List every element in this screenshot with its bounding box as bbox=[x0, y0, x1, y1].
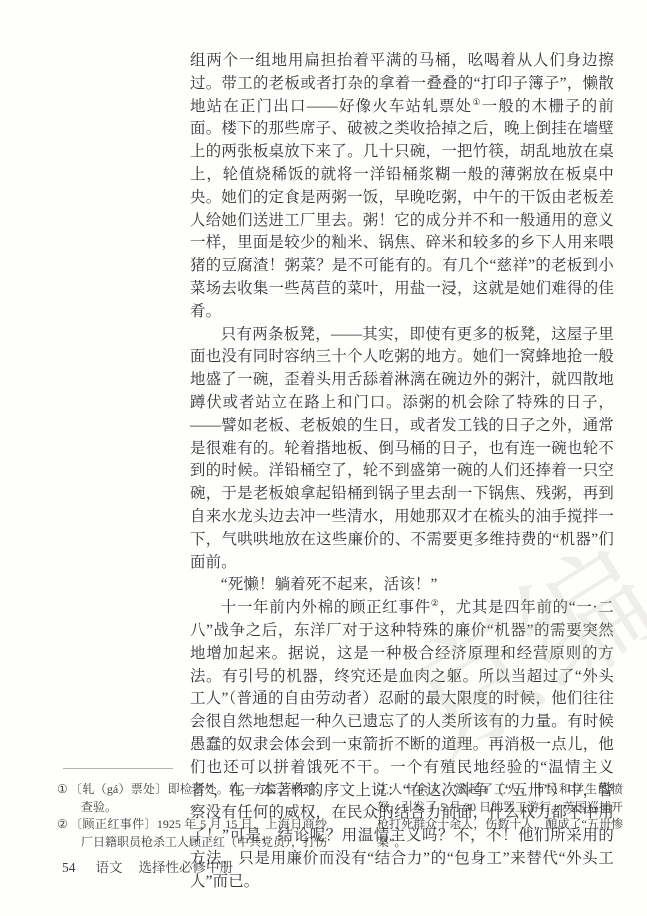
footnote-marker: ② bbox=[57, 817, 68, 831]
book-subject: 语文 bbox=[96, 856, 123, 876]
body-paragraph: “死懒！躺着死不起来，活该！” bbox=[190, 574, 614, 597]
footnote-item: ①〔轧（gá）票处〕即检票处。轧，方言，核对、查验。 bbox=[57, 781, 327, 816]
body-text-column: 组两个一组地用扁担抬着平满的马桶，吆喝着从人们身边擦过。带工的老板或者打杂的拿着… bbox=[190, 50, 614, 893]
page-number: 54 bbox=[62, 860, 76, 876]
page-footer: 54 语文 选择性必修中册 bbox=[62, 856, 233, 876]
footnote-reference: ① bbox=[472, 96, 481, 106]
footnote-divider bbox=[63, 768, 173, 769]
textbook-page: 组两个一组地用扁担抬着平满的马桶，吆喝着从人们身边擦过。带工的老板或者打杂的拿着… bbox=[0, 0, 647, 916]
footnotes-section: ①〔轧（gá）票处〕即检票处。轧，方言，核对、查验。②〔顾正红事件〕1925 年… bbox=[57, 781, 623, 851]
body-paragraph: 只有两条板凳，——其实，即使有更多的板凳，这屋子里面也没有同时容纳三十个人吃粥的… bbox=[190, 324, 614, 575]
book-volume: 选择性必修中册 bbox=[139, 856, 234, 876]
footnote-reference: ② bbox=[431, 598, 440, 608]
body-paragraph: 组两个一组地用扁担抬着平满的马桶，吆喝着从人们身边擦过。带工的老板或者打杂的拿着… bbox=[190, 50, 614, 324]
footnote-text: 〔轧（gá）票处〕即检票处。轧，方言，核对、查验。 bbox=[70, 782, 327, 814]
footnote-marker: ① bbox=[57, 782, 68, 796]
